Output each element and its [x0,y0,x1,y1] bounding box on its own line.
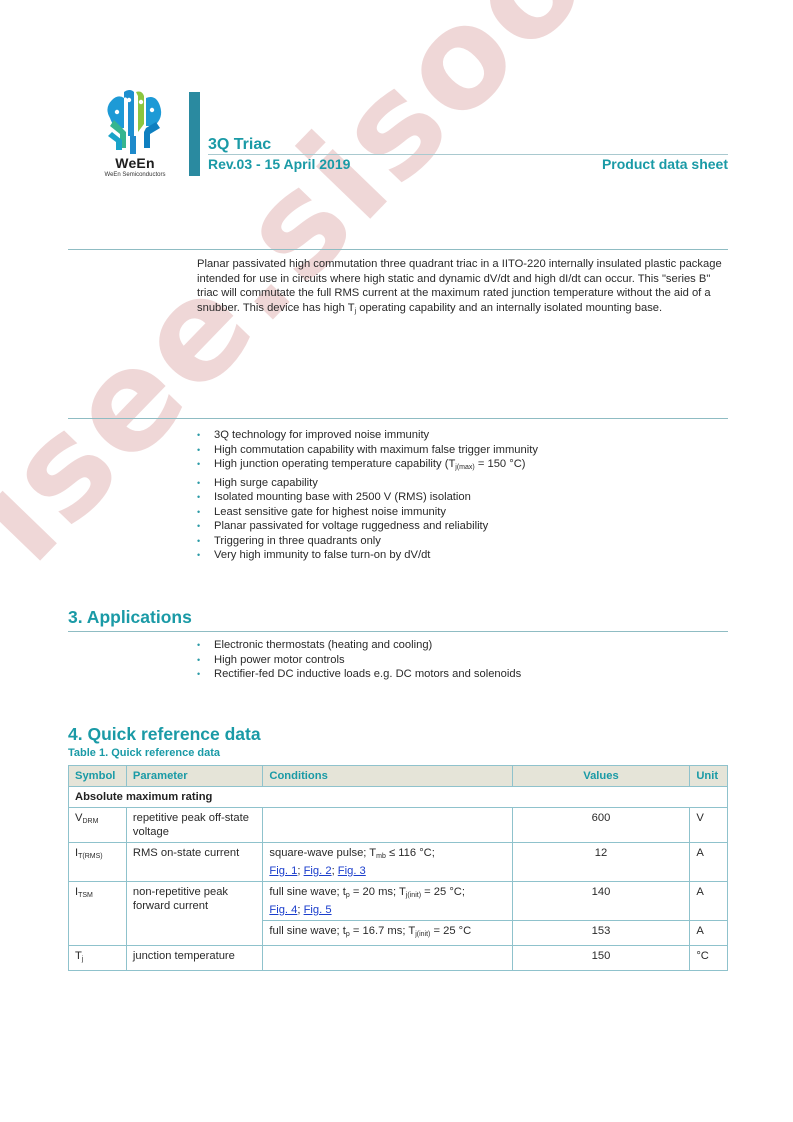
table-row: IT(RMS) RMS on-state current square-wave… [69,843,728,882]
table-group-row: Absolute maximum rating [69,787,728,808]
document-type: Product data sheet [602,156,728,172]
table-caption: Table 1. Quick reference data [68,747,220,759]
link-fig-1[interactable]: Fig. 1 [269,865,297,877]
cell-conditions: square-wave pulse; Tmb ≤ 116 °C;Fig. 1; … [263,843,512,882]
list-item: Least sensitive gate for highest noise i… [197,505,717,520]
link-fig-5[interactable]: Fig. 5 [304,904,332,916]
logo-subtitle: WeEn Semiconductors [94,172,176,178]
column-header-unit: Unit [690,766,728,787]
list-item: Isolated mounting base with 2500 V (RMS)… [197,490,717,505]
table-row: ITSM non-repetitive peak forward current… [69,882,728,921]
general-description: Planar passivated high commutation three… [197,257,732,319]
applications-list: Electronic thermostats (heating and cool… [197,638,717,682]
features-list: 3Q technology for improved noise immunit… [197,428,717,563]
list-item: 3Q technology for improved noise immunit… [197,428,717,443]
link-fig-4[interactable]: Fig. 4 [269,904,297,916]
header-divider [208,154,728,155]
cell-conditions [263,946,512,971]
table-row: VDRM repetitive peak off-state voltage 6… [69,808,728,843]
cell-conditions [263,808,512,843]
company-logo: WeEn WeEn Semiconductors [100,88,170,180]
quick-reference-table: Symbol Parameter Conditions Values Unit … [68,765,728,971]
cell-parameter: junction temperature [126,946,263,971]
table-header-row: Symbol Parameter Conditions Values Unit [69,766,728,787]
section-divider-applications [68,631,728,632]
column-header-symbol: Symbol [69,766,127,787]
list-item: High power motor controls [197,653,717,668]
column-header-values: Values [512,766,690,787]
list-item: Triggering in three quadrants only [197,534,717,549]
cell-unit: A [690,843,728,882]
list-item: High surge capability [197,476,717,491]
table-row: Tj junction temperature 150 °C [69,946,728,971]
list-item: Very high immunity to false turn-on by d… [197,548,717,563]
cell-conditions: full sine wave; tp = 16.7 ms; Tj(init) =… [263,921,512,946]
cell-parameter: repetitive peak off-state voltage [126,808,263,843]
column-header-parameter: Parameter [126,766,263,787]
document-revision: Rev.03 - 15 April 2019 [208,156,350,172]
cell-unit: °C [690,946,728,971]
cell-value: 600 [512,808,690,843]
logo-wordmark: WeEn [100,155,170,171]
cell-value: 153 [512,921,690,946]
list-item: Planar passivated for voltage ruggedness… [197,519,717,534]
list-item: Rectifier-fed DC inductive loads e.g. DC… [197,667,717,682]
group-label: Absolute maximum rating [69,787,728,808]
cell-parameter: RMS on-state current [126,843,263,882]
header-accent-bar [189,92,200,176]
cell-symbol: IT(RMS) [69,843,127,882]
section-divider-features [68,418,728,419]
cell-symbol: VDRM [69,808,127,843]
link-fig-3[interactable]: Fig. 3 [338,865,366,877]
cell-unit: V [690,808,728,843]
section-title-applications: 3. Applications [68,607,192,628]
cell-symbol: Tj [69,946,127,971]
section-title-quick-reference: 4. Quick reference data [68,724,261,745]
cell-conditions: full sine wave; tp = 20 ms; Tj(init) = 2… [263,882,512,921]
list-item: High junction operating temperature capa… [197,457,717,476]
column-header-conditions: Conditions [263,766,512,787]
brain-circuit-logo-icon [100,88,170,154]
document-title: 3Q Triac [208,136,271,154]
cell-symbol: ITSM [69,882,127,946]
cell-value: 12 [512,843,690,882]
link-fig-2[interactable]: Fig. 2 [304,865,332,877]
cell-unit: A [690,921,728,946]
list-item: High commutation capability with maximum… [197,443,717,458]
cell-value: 140 [512,882,690,921]
cell-unit: A [690,882,728,921]
cell-parameter: non-repetitive peak forward current [126,882,263,946]
list-item: Electronic thermostats (heating and cool… [197,638,717,653]
cell-value: 150 [512,946,690,971]
section-divider-general [68,249,728,250]
